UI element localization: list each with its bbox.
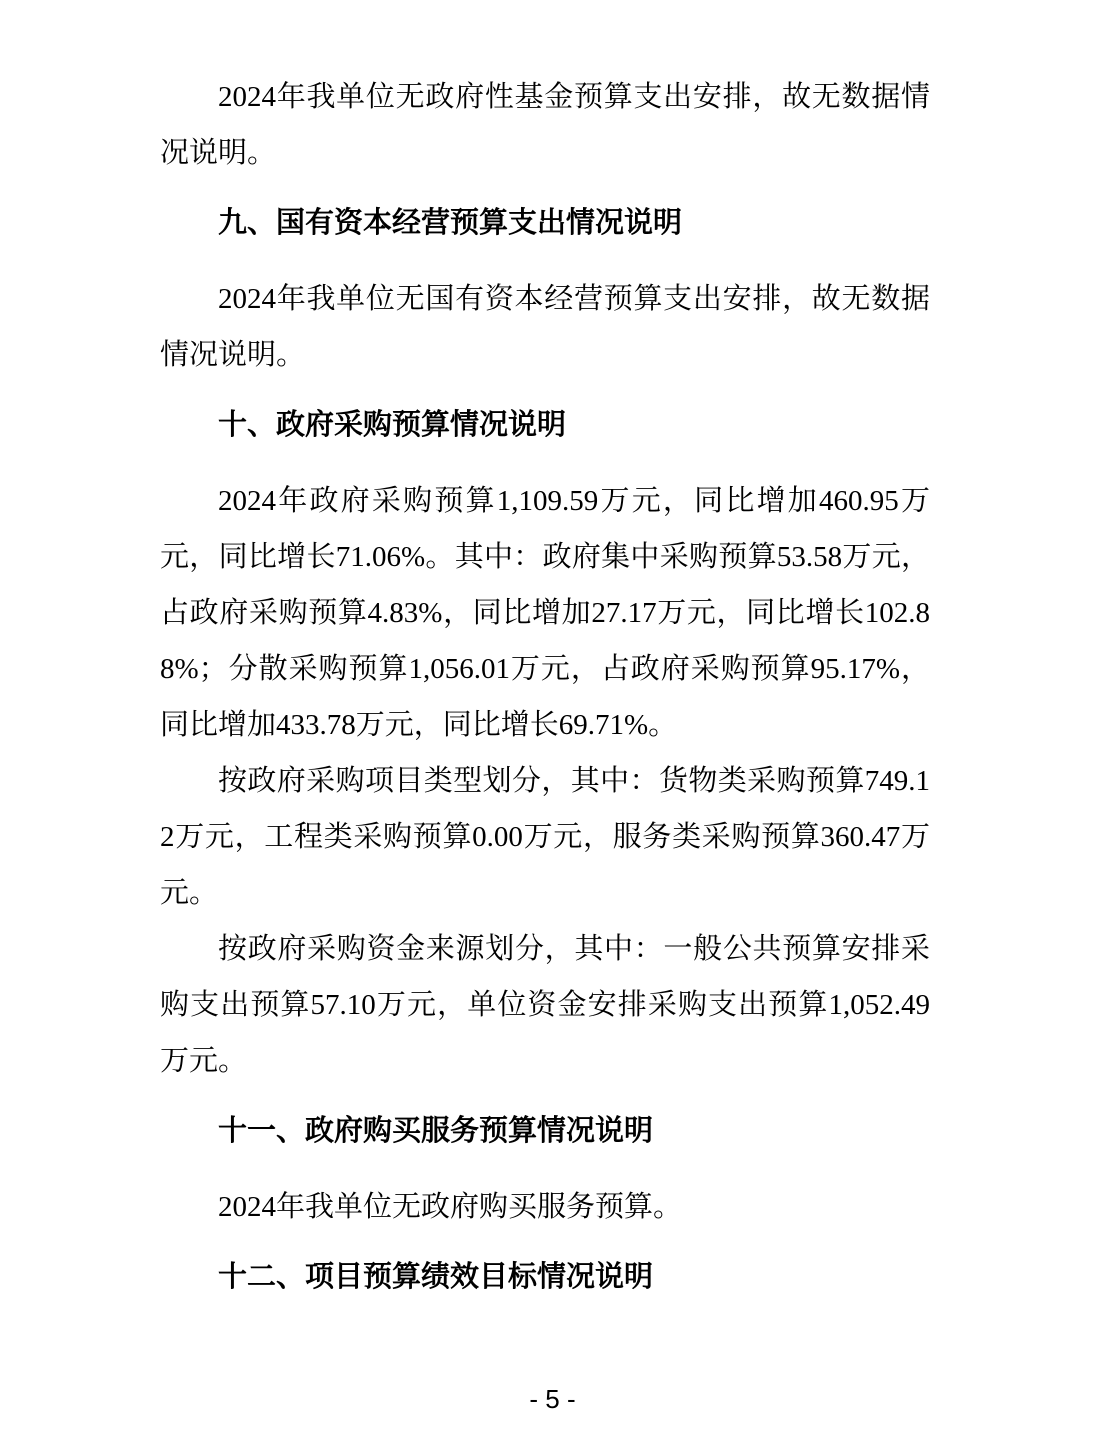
paragraph-procurement-by-type: 按政府采购项目类型划分，其中：货物类采购预算749.12万元，工程类采购预算0.…	[160, 753, 930, 921]
paragraph-no-service-purchase-budget: 2024年我单位无政府购买服务预算。	[160, 1179, 930, 1235]
document-page: 2024年我单位无政府性基金预算支出安排，故无数据情况说明。 九、国有资本经营预…	[0, 0, 1105, 1430]
heading-section-10-procurement: 十、政府采购预算情况说明	[160, 397, 930, 453]
heading-section-12-performance-targets: 十二、项目预算绩效目标情况说明	[160, 1249, 930, 1305]
paragraph-procurement-overview: 2024年政府采购预算1,109.59万元，同比增加460.95万元，同比增长7…	[160, 473, 930, 753]
paragraph-no-state-capital-budget: 2024年我单位无国有资本经营预算支出安排，故无数据情况说明。	[160, 271, 930, 383]
document-body: 2024年我单位无政府性基金预算支出安排，故无数据情况说明。 九、国有资本经营预…	[160, 69, 930, 1325]
page-number: - 5 -	[0, 1384, 1105, 1414]
paragraph-no-gov-fund-budget: 2024年我单位无政府性基金预算支出安排，故无数据情况说明。	[160, 69, 930, 181]
heading-section-11-service-purchase: 十一、政府购买服务预算情况说明	[160, 1103, 930, 1159]
paragraph-procurement-by-funding: 按政府采购资金来源划分，其中：一般公共预算安排采购支出预算57.10万元，单位资…	[160, 921, 930, 1089]
heading-section-9-state-capital: 九、国有资本经营预算支出情况说明	[160, 195, 930, 251]
